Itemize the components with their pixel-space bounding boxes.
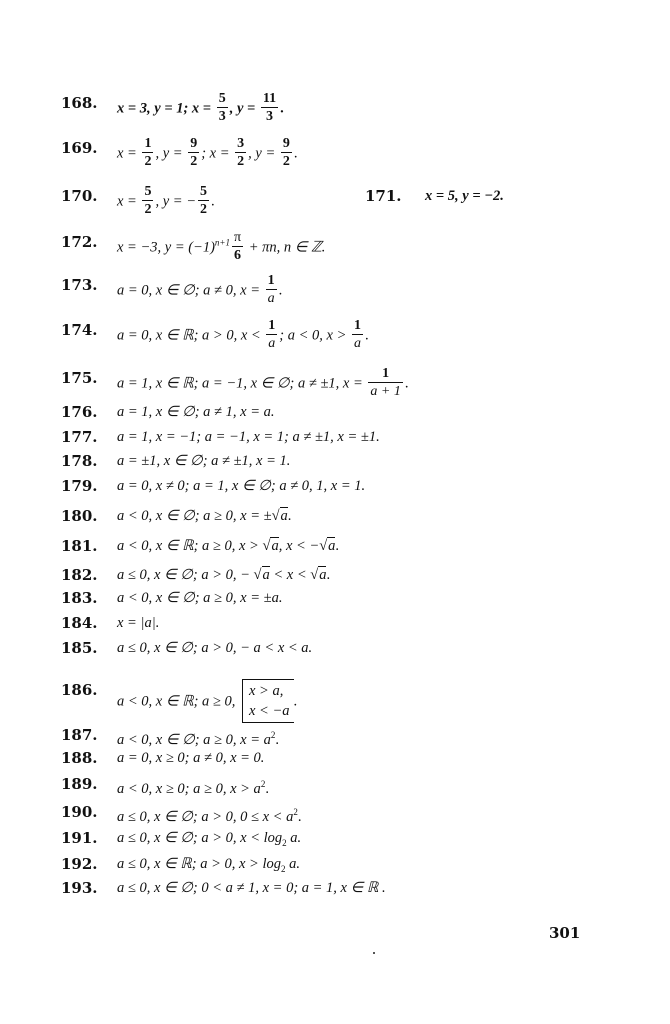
answer-text: x = 52, y = −52. (117, 186, 215, 218)
answer-179: 179. a = 0, x ≠ 0; a = 1, x ∈ ∅; a ≠ 0, … (0, 476, 670, 496)
problem-number: 180. (61, 506, 98, 526)
answer-text: a = 1, x = −1; a = −1, x = 1; a ≠ ±1, x … (117, 427, 380, 447)
problem-number: 185. (61, 638, 98, 658)
answer-188: 188. a = 0, x ≥ 0; a ≠ 0, x = 0. (0, 748, 670, 768)
answer-text: a = ±1, x ∈ ∅; a ≠ ±1, x = 1. (117, 451, 290, 471)
answer-text: a = 0, x ≥ 0; a ≠ 0, x = 0. (117, 748, 264, 768)
answer-190: 190. a ≤ 0, x ∈ ∅; a > 0, 0 ≤ x < a2. (0, 802, 670, 822)
answer-183: 183. a < 0, x ∈ ∅; a ≥ 0, x = ±a. (0, 588, 670, 608)
answer-174: 174. a = 0, x ∈ ℝ; a > 0, x < 1a; a < 0,… (0, 320, 670, 340)
answer-172: 172. x = −3, y = (−1)n+1π6 + πn, n ∈ ℤ. (0, 232, 670, 252)
answer-182: 182. a ≤ 0, x ∈ ∅; a > 0, − √a < x < √a. (0, 565, 670, 585)
problem-number: 179. (61, 476, 98, 496)
answer-text: x = 3, y = 1; x = 53, y = 113. (117, 93, 284, 125)
answer-168: 168. x = 3, y = 1; x = 53, y = 113. (0, 93, 670, 113)
answer-text: x = 5, y = −2. (425, 186, 504, 206)
problem-number: 174. (61, 320, 98, 340)
problem-number: 186. (61, 680, 98, 700)
answer-187: 187. a < 0, x ∈ ∅; a ≥ 0, x = a2. (0, 725, 670, 745)
answer-text: a ≤ 0, x ∈ ∅; a > 0, x < log2 a. (117, 828, 301, 853)
problem-number: 176. (61, 402, 98, 422)
answer-189: 189. a < 0, x ≥ 0; a ≥ 0, x > a2. (0, 774, 670, 794)
answer-180: 180. a < 0, x ∈ ∅; a ≥ 0, x = ±√a. (0, 506, 670, 526)
answer-185: 185. a ≤ 0, x ∈ ∅; a > 0, − a < x < a. (0, 638, 670, 658)
problem-number: 190. (61, 802, 98, 822)
answer-192: 192. a ≤ 0, x ∈ ℝ; a > 0, x > log2 a. (0, 854, 670, 874)
answer-184: 184. x = |a|. (0, 613, 670, 633)
answer-177: 177. a = 1, x = −1; a = −1, x = 1; a ≠ ±… (0, 427, 670, 447)
answer-text: a ≤ 0, x ∈ ∅; a > 0, − a < x < a. (117, 638, 312, 658)
problem-number: 178. (61, 451, 98, 471)
problem-number: 192. (61, 854, 98, 874)
problem-number: 182. (61, 565, 98, 585)
problem-number: 169. (61, 138, 98, 158)
answer-text: a ≤ 0, x ∈ ∅; a > 0, − √a < x < √a. (117, 565, 330, 585)
answer-text: a < 0, x ∈ ℝ; a ≥ 0, x > √a, x < −√a. (117, 536, 339, 556)
answer-191: 191. a ≤ 0, x ∈ ∅; a > 0, x < log2 a. (0, 828, 670, 848)
problem-number: 189. (61, 774, 98, 794)
answer-text: a < 0, x ∈ ∅; a ≥ 0, x = a2. (117, 725, 279, 750)
problem-number: 184. (61, 613, 98, 633)
answer-181: 181. a < 0, x ∈ ℝ; a ≥ 0, x > √a, x < −√… (0, 536, 670, 556)
problem-number: 171. (365, 186, 402, 206)
scan-speck (373, 952, 375, 954)
problem-number: 168. (61, 93, 98, 113)
answer-text: a = 0, x ≠ 0; a = 1, x ∈ ∅; a ≠ 0, 1, x … (117, 476, 365, 496)
answer-175: 175. a = 1, x ∈ ℝ; a = −1, x ∈ ∅; a ≠ ±1… (0, 368, 670, 388)
answer-text: a ≤ 0, x ∈ ℝ; a > 0, x > log2 a. (117, 854, 300, 879)
answer-text: a = 1, x ∈ ∅; a ≠ 1, x = a. (117, 402, 275, 422)
answer-173: 173. a = 0, x ∈ ∅; a ≠ 0, x = 1a. (0, 275, 670, 295)
answer-text: a = 0, x ∈ ℝ; a > 0, x < 1a; a < 0, x > … (117, 320, 369, 352)
answer-178: 178. a = ±1, x ∈ ∅; a ≠ ±1, x = 1. (0, 451, 670, 471)
problem-number: 175. (61, 368, 98, 388)
page-number: 301 (549, 924, 580, 942)
problem-number: 183. (61, 588, 98, 608)
problem-number: 193. (61, 878, 98, 898)
answer-text: a < 0, x ∈ ℝ; a ≥ 0, x > a,x < −a. (117, 680, 297, 724)
problem-number: 191. (61, 828, 98, 848)
answer-text: a < 0, x ∈ ∅; a ≥ 0, x = ±√a. (117, 506, 291, 526)
problem-number: 188. (61, 748, 98, 768)
problem-number: 173. (61, 275, 98, 295)
answer-text: x = 12, y = 92; x = 32, y = 92. (117, 138, 298, 170)
problem-number: 181. (61, 536, 98, 556)
answer-text: a < 0, x ∈ ∅; a ≥ 0, x = ±a. (117, 588, 282, 608)
problem-number: 170. (61, 186, 98, 206)
answer-169: 169. x = 12, y = 92; x = 32, y = 92. (0, 138, 670, 158)
answer-text: a = 1, x ∈ ℝ; a = −1, x ∈ ∅; a ≠ ±1, x =… (117, 368, 408, 400)
answer-text: x = −3, y = (−1)n+1π6 + πn, n ∈ ℤ. (117, 232, 325, 264)
answer-170: 170. x = 52, y = −52. 171. x = 5, y = −2… (0, 186, 670, 206)
answer-text: a < 0, x ≥ 0; a ≥ 0, x > a2. (117, 774, 269, 799)
answer-text: a ≤ 0, x ∈ ∅; a > 0, 0 ≤ x < a2. (117, 802, 301, 827)
problem-number: 187. (61, 725, 98, 745)
answer-186: 186. a < 0, x ∈ ℝ; a ≥ 0, x > a,x < −a. (0, 680, 670, 700)
answer-193: 193. a ≤ 0, x ∈ ∅; 0 < a ≠ 1, x = 0; a =… (0, 878, 670, 898)
answer-176: 176. a = 1, x ∈ ∅; a ≠ 1, x = a. (0, 402, 670, 422)
problem-number: 177. (61, 427, 98, 447)
answer-text: a = 0, x ∈ ∅; a ≠ 0, x = 1a. (117, 275, 282, 307)
answer-text: a ≤ 0, x ∈ ∅; 0 < a ≠ 1, x = 0; a = 1, x… (117, 878, 386, 898)
case-bracket: x > a,x < −a (242, 679, 294, 723)
problem-number: 172. (61, 232, 98, 252)
answer-text: x = |a|. (117, 613, 159, 633)
